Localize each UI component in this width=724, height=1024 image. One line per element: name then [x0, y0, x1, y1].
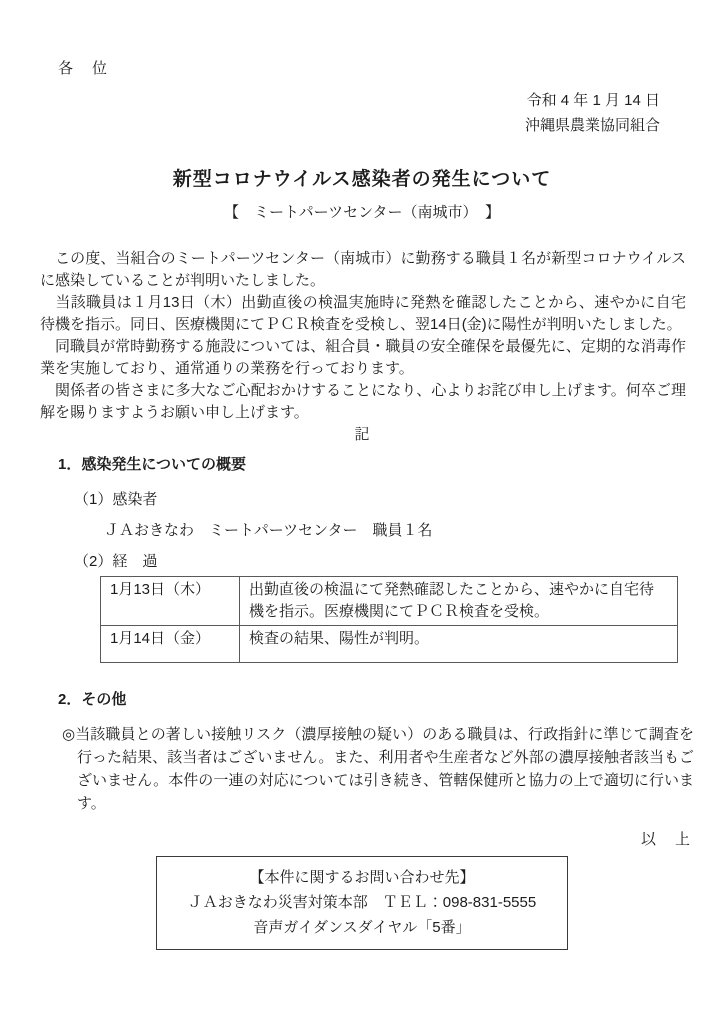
table-cell-date: 1月14日（金）: [101, 626, 240, 663]
table-row: 1月13日（木） 出勤直後の検温にて発熱確認したことから、速やかに自宅待機を指示…: [101, 577, 678, 626]
section1-item1-value: ＪＡおきなわ ミートパーツセンター 職員１名: [104, 521, 724, 540]
date-block: 令和 4 年 1 月 14 日 沖縄県農業協同組合: [0, 88, 724, 138]
table-cell-description: 出勤直後の検温にて発熱確認したことから、速やかに自宅待機を指示。医療機関にてＰＣ…: [240, 577, 678, 626]
closing-marker: 以 上: [0, 830, 724, 849]
section1-item1-label: （1）感染者: [74, 490, 724, 509]
table-row: 1月14日（金） 検査の結果、陽性が判明。: [101, 626, 678, 663]
paragraph-apology: 関係者の皆さまに多大なご心配おかけすることになり、心よりお詫び申し上げます。何卒…: [40, 380, 686, 424]
section1-heading: 1．感染発生についての概要: [58, 455, 724, 474]
document-subtitle: 【 ミートパーツセンター（南城市） 】: [0, 201, 724, 222]
contact-info-box: 【本件に関するお問い合わせ先】 ＪＡおきなわ災害対策本部 ＴＥＬ：098-831…: [156, 856, 568, 950]
paragraph-announcement: この度、当組合のミートパーツセンター（南城市）に勤務する職員１名が新型コロナウイ…: [40, 248, 686, 292]
paragraph-timeline: 当該職員は１月13日（木）出勤直後の検温実施時に発熱を確認したことから、速やかに…: [40, 292, 686, 336]
table-cell-date: 1月13日（木）: [101, 577, 240, 626]
contact-guidance-line: 音声ガイダンスダイヤル「5番」: [157, 915, 567, 940]
recipient-line: 各 位: [58, 0, 724, 78]
table-cell-description: 検査の結果、陽性が判明。: [240, 626, 678, 663]
section2-heading: 2．その他: [58, 690, 724, 709]
contact-phone-line: ＪＡおきなわ災害対策本部 ＴＥＬ：098-831-5555: [157, 890, 567, 915]
progress-table: 1月13日（木） 出勤直後の検温にて発熱確認したことから、速やかに自宅待機を指示…: [100, 576, 678, 663]
section1-item2-label: （2）経 過: [74, 552, 724, 571]
record-marker: 記: [0, 424, 724, 446]
section2-note: ◎当該職員との著しい接触リスク（濃厚接触の疑い）のある職員は、行政指針に準じて調…: [62, 723, 694, 815]
body-paragraphs: この度、当組合のミートパーツセンター（南城市）に勤務する職員１名が新型コロナウイ…: [40, 248, 686, 424]
document-title: 新型コロナウイルス感染者の発生について: [0, 164, 724, 191]
contact-box-title: 【本件に関するお問い合わせ先】: [157, 865, 567, 890]
notice-document-page: 各 位 令和 4 年 1 月 14 日 沖縄県農業協同組合 新型コロナウイルス感…: [0, 0, 724, 1024]
issuing-organization: 沖縄県農業協同組合: [0, 113, 660, 138]
paragraph-facility: 同職員が常時勤務する施設については、組合員・職員の安全確保を最優先に、定期的な消…: [40, 336, 686, 380]
issue-date: 令和 4 年 1 月 14 日: [0, 88, 660, 113]
